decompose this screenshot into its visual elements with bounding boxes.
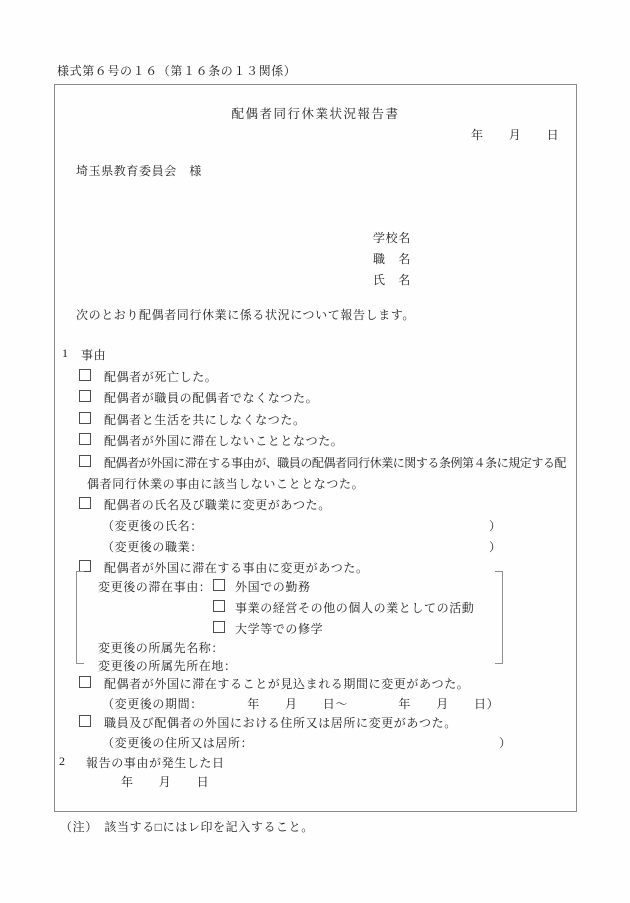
checkbox-label: 配偶者が外国に滞在する事由に変更があつた。: [104, 561, 369, 575]
left-bracket: [76, 571, 84, 664]
form-code: 様式第６号の１６（第１６条の１３関係）: [57, 62, 296, 79]
section2-date-placeholder: 年 月 日: [121, 773, 209, 790]
checkbox[interactable]: [213, 579, 225, 591]
checkbox-label: 配偶者が外国に滞在しないこととなつた。: [104, 434, 343, 448]
affiliation-name-field: 変更後の所属先名称：: [98, 639, 224, 656]
new-job-field-close: ）: [489, 538, 501, 555]
checkbox[interactable]: [79, 412, 91, 424]
checkbox-item-not-living-together: 配偶者と生活を共にしなくなつた。: [79, 411, 306, 428]
checkbox-label: 配偶者が外国に滞在することが見込まれる期間に変更があつた。: [104, 677, 469, 691]
checkbox-item-period-changed: 配偶者が外国に滞在することが見込まれる期間に変更があつた。: [79, 675, 469, 692]
checkbox-item-reason-invalid: 配偶者が外国に滞在する事由が、職員の配偶者同行休業に関する条例第４条に規定する配: [79, 454, 566, 471]
checkbox[interactable]: [213, 621, 225, 633]
checkbox-item-died: 配偶者が死亡した。: [79, 368, 217, 385]
checkbox[interactable]: [79, 433, 91, 445]
signature-school-label: 学校名: [373, 229, 411, 246]
option-label: 外国での勤務: [235, 580, 311, 594]
header-date-placeholder: 年 月 日: [471, 126, 559, 143]
affiliation-address-field: 変更後の所属先所在地：: [98, 657, 237, 674]
checkbox-item-not-spouse: 配偶者が職員の配偶者でなくなつた。: [79, 389, 318, 406]
new-address-field-close: ）: [499, 734, 511, 751]
footnote: （注） 該当する□にはレ印を記入すること。: [60, 818, 314, 835]
signature-name-label: 氏 名: [373, 271, 411, 288]
checkbox-item-address-changed: 職員及び配偶者の外国における住所又は居所に変更があつた。: [79, 714, 457, 731]
checkbox-item-stay-reason-changed: 配偶者が外国に滞在する事由に変更があつた。: [79, 559, 369, 576]
new-address-field: （変更後の住所又は居所：: [102, 734, 253, 751]
checkbox-item-name-job-changed: 配偶者の氏名及び職業に変更があつた。: [79, 496, 331, 513]
checkbox[interactable]: [79, 369, 91, 381]
form-title: 配偶者同行休業状況報告書: [55, 104, 576, 122]
checkbox-label: 配偶者と生活を共にしなくなつた。: [104, 413, 306, 427]
checkbox-label: 配偶者が職員の配偶者でなくなつた。: [104, 391, 318, 405]
checkbox-label: 配偶者が外国に滞在する事由が、職員の配偶者同行休業に関する条例第４条に規定する配: [104, 456, 566, 470]
checkbox-item-not-abroad: 配偶者が外国に滞在しないこととなつた。: [79, 432, 343, 449]
stay-reason-option-work: 外国での勤務: [213, 578, 311, 595]
checkbox[interactable]: [79, 497, 91, 509]
checkbox[interactable]: [79, 390, 91, 402]
option-label: 事業の経営その他の個人の業としての活動: [235, 601, 474, 615]
new-period-field: （変更後の期間： 年 月 日～ 年 月 日）: [102, 695, 499, 712]
section1-number: 1: [62, 346, 69, 361]
checkbox-label: 職員及び配偶者の外国における住所又は居所に変更があつた。: [104, 716, 457, 730]
new-job-field: （変更後の職業：: [102, 538, 203, 555]
addressee: 埼玉県教育委員会 様: [76, 162, 202, 179]
checkbox[interactable]: [79, 715, 91, 727]
checkbox-label: 配偶者が死亡した。: [104, 370, 217, 384]
section2-number: 2: [59, 754, 66, 769]
stay-reason-option-study: 大学等での修学: [213, 620, 323, 637]
new-name-field: （変更後の氏名：: [102, 517, 203, 534]
document-page: 様式第６号の１６（第１６条の１３関係） 配偶者同行休業状況報告書 年 月 日 埼…: [0, 0, 630, 903]
signature-position-label: 職 名: [373, 250, 411, 267]
checkbox[interactable]: [79, 455, 91, 467]
right-bracket: [495, 571, 503, 664]
new-name-field-close: ）: [489, 517, 501, 534]
checkbox[interactable]: [79, 676, 91, 688]
section2-heading: 報告の事由が発生した日: [86, 754, 225, 771]
option-label: 大学等での修学: [235, 622, 323, 636]
stay-reason-label: 変更後の滞在事由：: [98, 578, 211, 595]
checkbox-label-continuation: 偶者同行休業の事由に該当しないこととなつた。: [87, 475, 364, 492]
section1-heading: 事由: [81, 346, 106, 363]
intro-statement: 次のとおり配偶者同行休業に係る状況について報告します。: [76, 306, 415, 323]
checkbox[interactable]: [213, 600, 225, 612]
form-border-box: 配偶者同行休業状況報告書 年 月 日 埼玉県教育委員会 様 学校名 職 名 氏 …: [54, 84, 577, 812]
checkbox-label: 配偶者の氏名及び職業に変更があつた。: [104, 498, 331, 512]
stay-reason-option-business: 事業の経営その他の個人の業としての活動: [213, 599, 474, 616]
